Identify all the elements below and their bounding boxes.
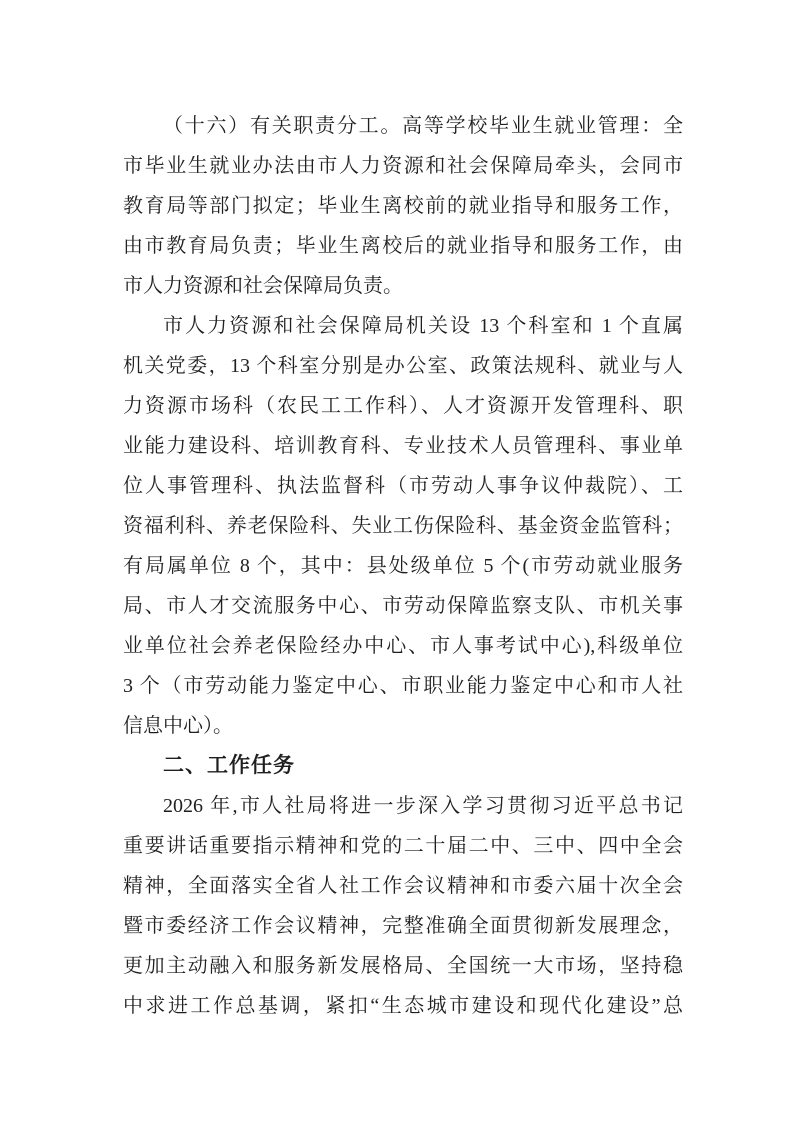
text-line: 业单位社会养老保险经办中心、市人事考试中心),科级单位 <box>123 626 683 666</box>
text-line: 精神，全面落实全省人社工作会议精神和市委六届十次全会 <box>123 866 683 906</box>
document-page: （十六）有关职责分工。高等学校毕业生就业管理：全 市毕业生就业办法由市人力资源和… <box>0 0 793 1122</box>
text-line: 更加主动融入和服务新发展格局、全国统一大市场，坚持稳 <box>123 946 683 986</box>
text-line: 机关党委，13 个科室分别是办公室、政策法规科、就业与人 <box>123 346 683 386</box>
text-line: 市人力资源和社会保障局负责。 <box>123 266 683 306</box>
text-line: 位人事管理科、执法监督科（市劳动人事争议仲裁院）、工 <box>123 466 683 506</box>
text-line: 中求进工作总基调，紧扣“生态城市建设和现代化建设”总 <box>123 986 683 1026</box>
text-line: 资福利科、养老保险科、失业工伤保险科、基金资金监管科； <box>123 506 683 546</box>
text-line: （十六）有关职责分工。高等学校毕业生就业管理：全 <box>123 106 683 146</box>
text-line: 3 个（市劳动能力鉴定中心、市职业能力鉴定中心和市人社 <box>123 666 683 706</box>
text-line: 局、市人才交流服务中心、市劳动保障监察支队、市机关事 <box>123 586 683 626</box>
text-line: 由市教育局负责；毕业生离校后的就业指导和服务工作，由 <box>123 226 683 266</box>
document-text-column: （十六）有关职责分工。高等学校毕业生就业管理：全 市毕业生就业办法由市人力资源和… <box>123 106 683 1026</box>
text-line: 市人力资源和社会保障局机关设 13 个科室和 1 个直属 <box>123 306 683 346</box>
text-line: 暨市委经济工作会议精神，完整准确全面贯彻新发展理念， <box>123 906 683 946</box>
text-line: 信息中心）。 <box>123 706 683 746</box>
text-line: 教育局等部门拟定；毕业生离校前的就业指导和服务工作， <box>123 186 683 226</box>
text-line: 力资源市场科（农民工工作科）、人才资源开发管理科、职 <box>123 386 683 426</box>
section-heading-work-tasks: 二、工作任务 <box>123 746 683 786</box>
text-line: 重要讲话重要指示精神和党的二十届二中、三中、四中全会 <box>123 826 683 866</box>
text-line: 业能力建设科、培训教育科、专业技术人员管理科、事业单 <box>123 426 683 466</box>
text-line: 2026 年,市人社局将进一步深入学习贯彻习近平总书记 <box>123 786 683 826</box>
text-line: 市毕业生就业办法由市人力资源和社会保障局牵头，会同市 <box>123 146 683 186</box>
text-line: 有局属单位 8 个，其中：县处级单位 5 个(市劳动就业服务 <box>123 546 683 586</box>
